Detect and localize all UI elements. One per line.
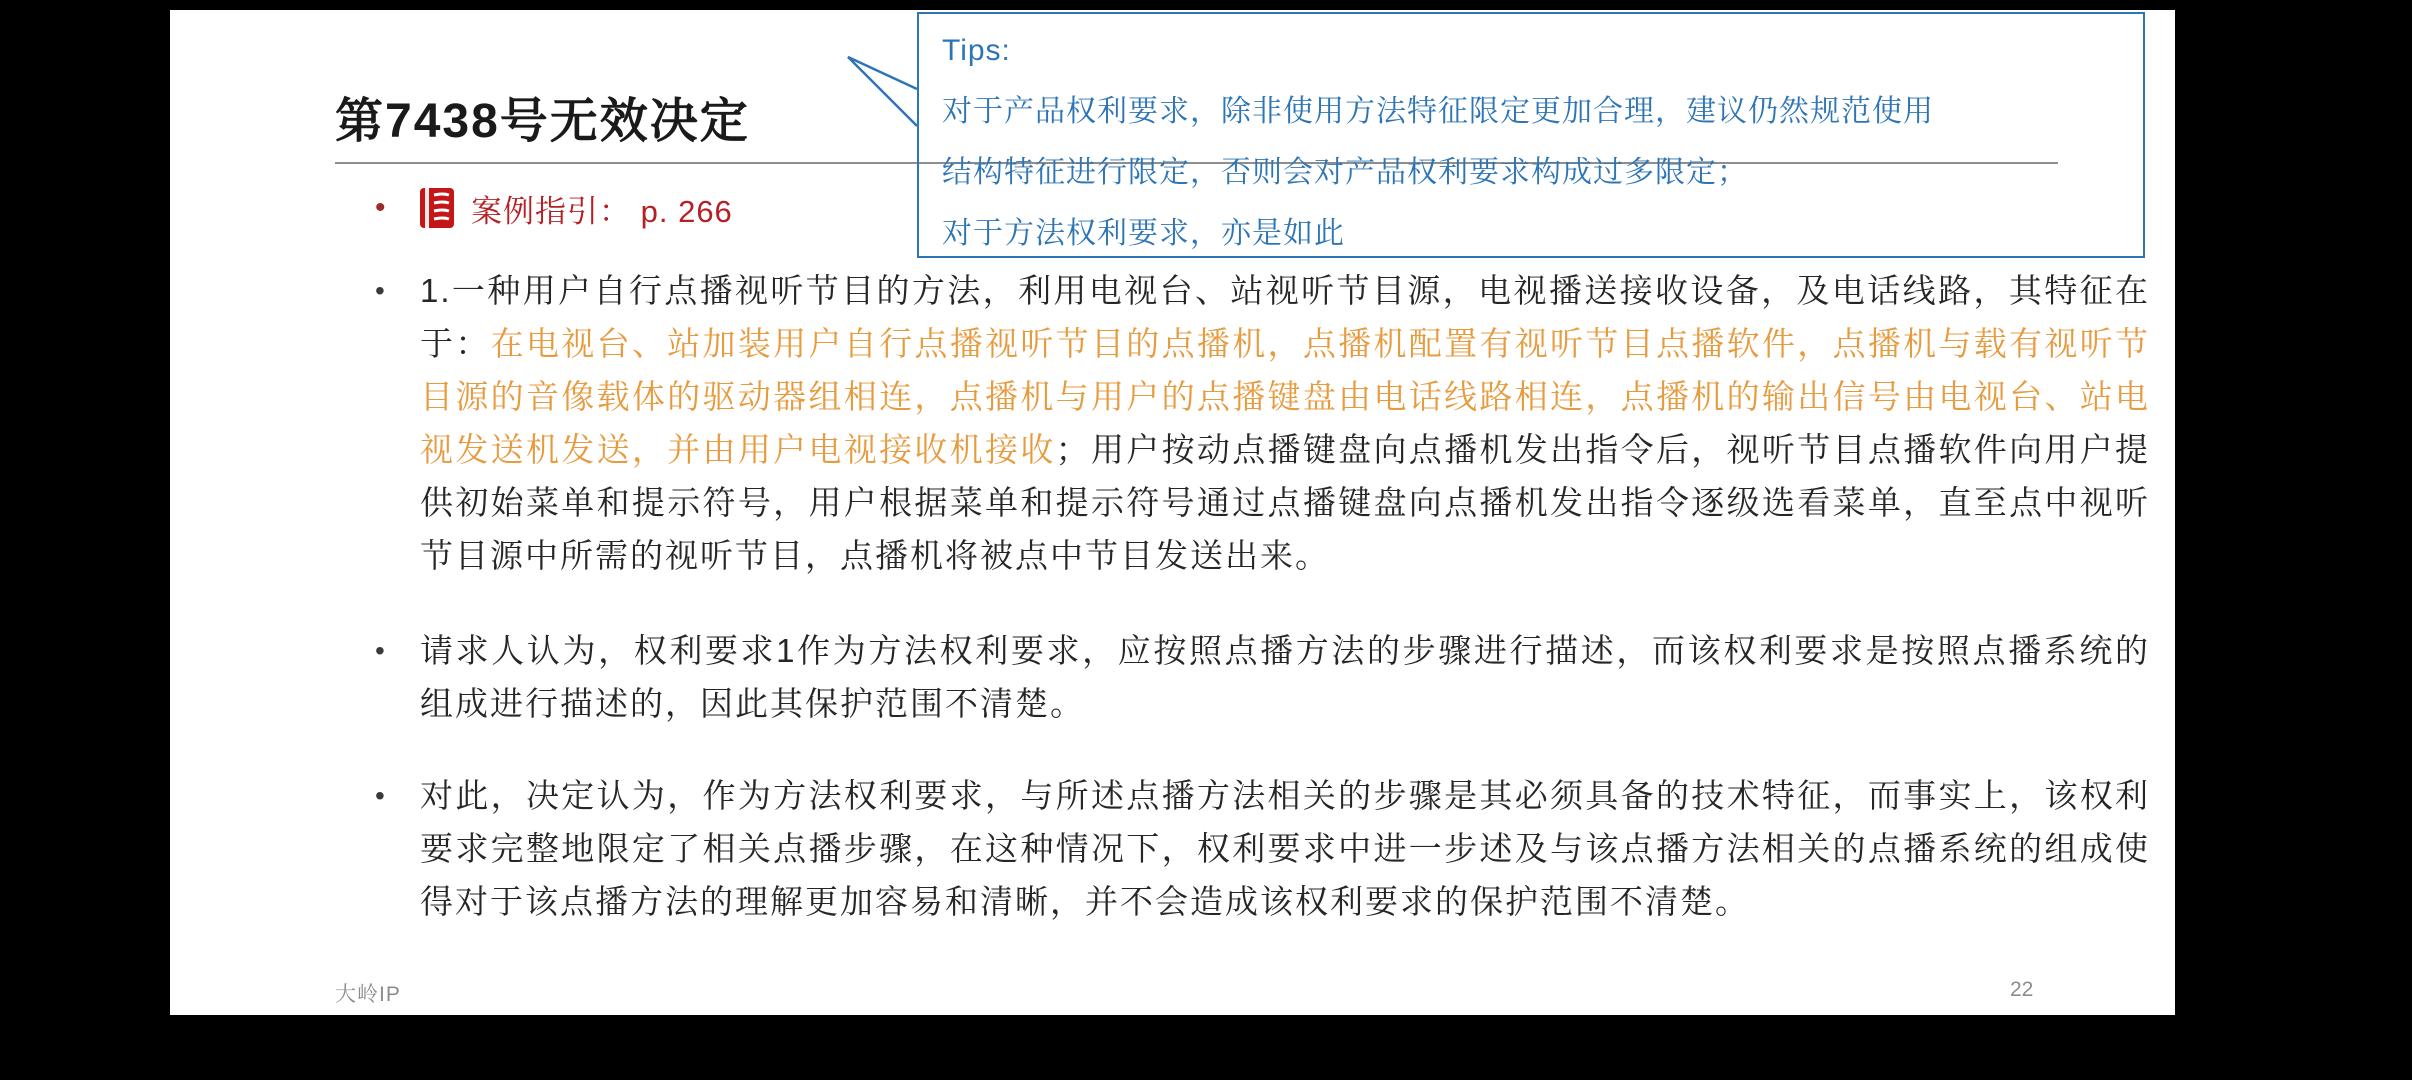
tips-label: Tips: [942, 20, 2143, 81]
callout-tail-icon [825, 48, 925, 138]
bullet-dot: • [375, 769, 420, 822]
paragraph-text: 请求人认为，权利要求1作为方法权利要求，应按照点播方法的步骤进行描述，而该权利要… [420, 624, 2150, 730]
tips-line-3: 对于方法权利要求，亦是如此 [942, 203, 2143, 264]
case-reference-text: 案例指引： p. 266 [471, 186, 733, 231]
footer-brand: 大岭IP [335, 978, 401, 1008]
page-title: 第7438号无效决定 [335, 82, 750, 151]
tips-line-2: 结构特征进行限定，否则会对产品权利要求构成过多限定； [942, 142, 2143, 203]
bullet-paragraph-claim: • 1.一种用户自行点播视听节目的方法，利用电视台、站视听节目源，电视播送接收设… [375, 264, 2150, 582]
page-number: 22 [2010, 978, 2033, 1002]
tips-callout: Tips: 对于产品权利要求，除非使用方法特征限定更加合理，建议仍然规范使用 结… [917, 12, 2145, 258]
text-segment: 请求人认为，权利要求1作为方法权利要求，应按照点播方法的步骤进行描述，而该权利要… [420, 632, 2150, 722]
case-reference-row: • 案例指引： p. 266 [375, 186, 733, 230]
paragraph-text: 对此，决定认为，作为方法权利要求，与所述点播方法相关的步骤是其必须具备的技术特征… [420, 769, 2150, 928]
bullet-paragraph-decision: • 对此，决定认为，作为方法权利要求，与所述点播方法相关的步骤是其必须具备的技术… [375, 769, 2150, 928]
bullet-paragraph-petitioner: • 请求人认为，权利要求1作为方法权利要求，应按照点播方法的步骤进行描述，而该权… [375, 624, 2150, 730]
text-segment: 对此，决定认为，作为方法权利要求，与所述点播方法相关的步骤是其必须具备的技术特征… [420, 777, 2150, 920]
bullet-dot: • [375, 191, 419, 225]
presentation-slide: 第7438号无效决定 Tips: 对于产品权利要求，除非使用方法特征限定更加合理… [170, 10, 2175, 1015]
paragraph-text: 1.一种用户自行点播视听节目的方法，利用电视台、站视听节目源，电视播送接收设备，… [420, 264, 2150, 582]
bullet-dot: • [375, 264, 420, 317]
screen: { "slide": { "title": "第7438号无效决定", "tip… [0, 0, 2412, 1080]
book-icon [419, 187, 455, 229]
bullet-dot: • [375, 624, 420, 677]
tips-line-1: 对于产品权利要求，除非使用方法特征限定更加合理，建议仍然规范使用 [942, 81, 2143, 142]
